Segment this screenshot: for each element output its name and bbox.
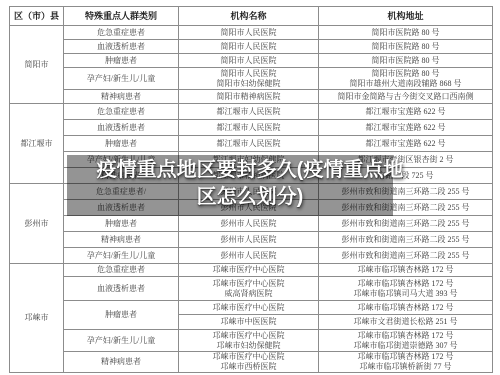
category-cell: 危急重症患者 xyxy=(64,104,179,120)
institution-cell: 邛崃市医疗中心医院 威高肾病医院 xyxy=(179,277,319,301)
address-cell: 邛崃市临邛镇杏林路 172 号 邛崃市临邛镇司马大道 393 号 xyxy=(319,277,493,301)
table-row: 孕产妇/新生儿/儿童 邛崃市医疗中心医院 邛崃市妇幼保健院 邛崃市临邛镇杏林路 … xyxy=(10,330,493,352)
address-cell: 简阳市医院路 80 号 简阳市雄州大道南段辅路 868 号 xyxy=(319,68,493,90)
category-cell: 肿瘤患者 xyxy=(64,216,179,232)
header-cell-address: 机构地址 xyxy=(319,7,493,26)
category-cell: 血液透析患者 xyxy=(64,40,179,54)
table-row: 血液透析患者 简阳市人民医院 简阳市医院路 80 号 xyxy=(10,40,493,54)
category-cell: 精神病患者 xyxy=(64,352,179,373)
table-row: 肿瘤患者 简阳市人民医院 简阳市医院路 80 号 xyxy=(10,54,493,68)
category-cell: 精神病患者 xyxy=(64,90,179,104)
banner-title: 疫情重点地区要封多久(疫情重点地 区怎么划分) xyxy=(0,157,500,211)
institution-cell: 邛崃市医疗中心医院 xyxy=(179,301,319,315)
address-cell: 彭州市致和街道南三环路二段 255 号 xyxy=(319,216,493,232)
institution-cell: 邛崃市医疗中心医院 邛崃市西桥医院 xyxy=(179,352,319,373)
institution-cell: 彭州市人民医院 xyxy=(179,248,319,264)
category-cell: 肿瘤患者 xyxy=(64,136,179,152)
city-cell: 简阳市 xyxy=(10,26,64,104)
table-row: 简阳市 危急重症患者 简阳市人民医院 简阳市医院路 80 号 xyxy=(10,26,493,40)
table-row: 邛崃市 危急重症患者 邛崃市医疗中心医院 邛崃市临邛镇杏林路 172 号 xyxy=(10,264,493,277)
table-row: 精神病患者 邛崃市医疗中心医院 邛崃市西桥医院 邛崃市临邛镇杏林路 172 号 … xyxy=(10,352,493,373)
institution-cell: 简阳市人民医院 简阳市妇幼保健院 xyxy=(179,68,319,90)
table-row: 精神病患者 彭州市人民医院 彭州市致和街道南三环路二段 255 号 xyxy=(10,232,493,248)
category-cell: 危急重症患者 xyxy=(64,26,179,40)
table-row: 孕产妇/新生儿/儿童 彭州市人民医院 彭州市致和街道南三环路二段 255 号 xyxy=(10,248,493,264)
address-cell: 邛崃市临邛镇杏林路 172 号 邛崃市临邛镇桥新街 77 号 xyxy=(319,352,493,373)
table-header-row: 区（市）县 特殊重点人群类别 机构名称 机构地址 xyxy=(10,7,493,26)
table-row: 孕产妇/新生儿/儿童 简阳市人民医院 简阳市妇幼保健院 简阳市医院路 80 号 … xyxy=(10,68,493,90)
address-cell: 都江堰市宝莲路 622 号 xyxy=(319,136,493,152)
category-cell: 血液透析患者 xyxy=(64,277,179,301)
table-row: 肿瘤患者 都江堰市人民医院 都江堰市宝莲路 622 号 xyxy=(10,136,493,152)
category-cell: 肿瘤患者 xyxy=(64,54,179,68)
table-row: 血液透析患者 邛崃市医疗中心医院 威高肾病医院 邛崃市临邛镇杏林路 172 号 … xyxy=(10,277,493,301)
city-cell: 邛崃市 xyxy=(10,264,64,373)
institution-cell: 彭州市人民医院 xyxy=(179,232,319,248)
address-cell: 彭州市致和街道南三环路二段 255 号 xyxy=(319,232,493,248)
category-cell: 危急重症患者 xyxy=(64,264,179,277)
institution-cell: 简阳市人民医院 xyxy=(179,26,319,40)
institution-cell: 邛崃市中医医院 xyxy=(179,315,319,330)
institution-cell: 邛崃市医疗中心医院 邛崃市妇幼保健院 xyxy=(179,330,319,352)
institution-cell: 都江堰市人民医院 xyxy=(179,120,319,136)
address-cell: 简阳市医院路 80 号 xyxy=(319,26,493,40)
address-cell: 都江堰市宝莲路 622 号 xyxy=(319,104,493,120)
table-row: 肿瘤患者 邛崃市医疗中心医院 邛崃市临邛镇杏林路 172 号 xyxy=(10,301,493,315)
document-page: 区（市）县 特殊重点人群类别 机构名称 机构地址 简阳市 危急重症患者 简阳市人… xyxy=(0,0,500,375)
address-cell: 邛崃市临邛镇杏林路 172 号 邛崃市临邛街道崇德路 307 号 xyxy=(319,330,493,352)
category-cell: 精神病患者 xyxy=(64,232,179,248)
header-cell-institution: 机构名称 xyxy=(179,7,319,26)
institution-cell: 简阳市人民医院 xyxy=(179,40,319,54)
table-row: 都江堰市 危急重症患者 都江堰市人民医院 都江堰市宝莲路 622 号 xyxy=(10,104,493,120)
address-cell: 简阳市金简路与古今街交叉路口西南侧 xyxy=(319,90,493,104)
address-cell: 都江堰市宝莲路 622 号 xyxy=(319,120,493,136)
table-row: 血液透析患者 都江堰市人民医院 都江堰市宝莲路 622 号 xyxy=(10,120,493,136)
category-cell: 孕产妇/新生儿/儿童 xyxy=(64,68,179,90)
institution-cell: 彭州市人民医院 xyxy=(179,216,319,232)
category-cell: 孕产妇/新生儿/儿童 xyxy=(64,248,179,264)
category-cell: 孕产妇/新生儿/儿童 xyxy=(64,330,179,352)
address-cell: 简阳市医院路 80 号 xyxy=(319,54,493,68)
institution-cell: 简阳市精神病医院 xyxy=(179,90,319,104)
category-cell: 血液透析患者 xyxy=(64,120,179,136)
address-cell: 简阳市医院路 80 号 xyxy=(319,40,493,54)
category-cell: 肿瘤患者 xyxy=(64,301,179,330)
institution-cell: 都江堰市人民医院 xyxy=(179,136,319,152)
address-cell: 邛崃市文君街道长松路 251 号 xyxy=(319,315,493,330)
institution-cell: 简阳市人民医院 xyxy=(179,54,319,68)
address-cell: 邛崃市临邛镇杏林路 172 号 xyxy=(319,264,493,277)
address-cell: 邛崃市临邛镇杏林路 172 号 xyxy=(319,301,493,315)
header-cell-category: 特殊重点人群类别 xyxy=(64,7,179,26)
table-row: 精神病患者 简阳市精神病医院 简阳市金简路与古今街交叉路口西南侧 xyxy=(10,90,493,104)
table-row: 肿瘤患者 彭州市人民医院 彭州市致和街道南三环路二段 255 号 xyxy=(10,216,493,232)
header-cell-district: 区（市）县 xyxy=(10,7,64,26)
institution-cell: 都江堰市人民医院 xyxy=(179,104,319,120)
institution-cell: 邛崃市医疗中心医院 xyxy=(179,264,319,277)
address-cell: 彭州市致和街道南三环路二段 255 号 xyxy=(319,248,493,264)
